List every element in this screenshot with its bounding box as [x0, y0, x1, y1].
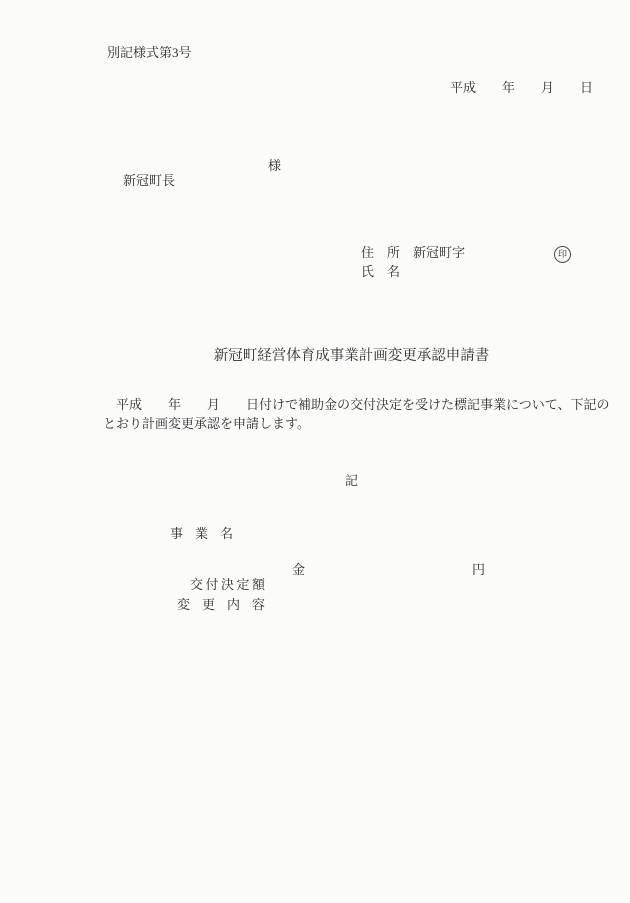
addressee-name: 新冠町長 [123, 173, 175, 188]
record-heading: 記 [103, 470, 600, 489]
currency-prefix: 金 [292, 563, 305, 578]
seal-stamp-icon: 印 [554, 246, 571, 263]
addressee-honorific: 様 [268, 159, 281, 174]
date-line: 平成 年 月 日 [450, 81, 593, 96]
address-value: 新冠町字 [413, 245, 465, 260]
item-grant-amount-label: 交付決定額 [190, 577, 268, 592]
body-line-1: 平成 年 月 日付けで補助金の交付決定を受けた標記事業について、下記の [103, 395, 610, 414]
currency-suffix: 円 [472, 563, 485, 578]
document-title: 新冠町経営体育成事業計画変更承認申請書 [103, 344, 600, 365]
document-page: 別記様式第3号 平成 年 月 日 新冠町長 様 住 所新冠町字 氏 名 印 新冠… [0, 0, 630, 903]
item-project-name-label: 事業名 [170, 527, 245, 542]
body-paragraph: 平成 年 月 日付けで補助金の交付決定を受けた標記事業について、下記の とおり計… [103, 395, 610, 433]
applicant-name-line: 氏 名 [348, 250, 400, 295]
addressee-line: 新冠町長 様 [110, 159, 410, 219]
body-line-2: とおり計画変更承認を申請します。 [103, 414, 610, 433]
form-number: 別記様式第3号 [107, 46, 192, 61]
name-label: 氏 名 [361, 264, 400, 279]
item-change-details-label: 変更内容 [177, 598, 277, 613]
